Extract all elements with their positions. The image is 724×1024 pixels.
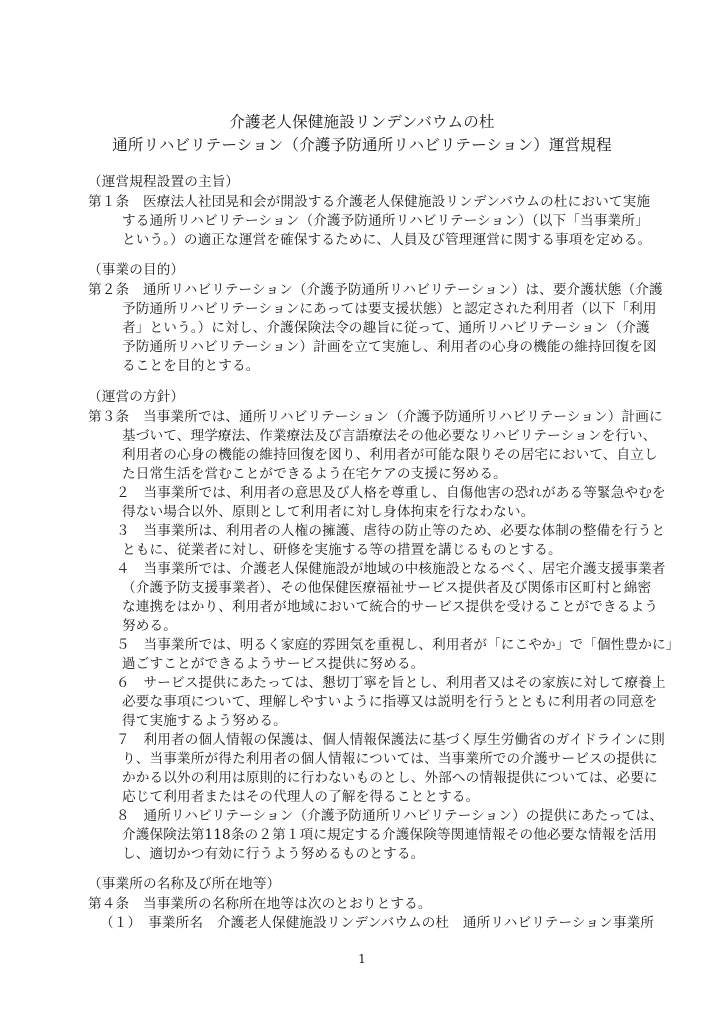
body-text-line: 利用者の心身の機能の維持回復を図り、利用者が可能な限りその居宅において、自立し [122, 446, 658, 465]
document-title-line2: 通所リハビリテーション（介護予防通所リハビリテーション）運営規程 [0, 133, 724, 155]
body-text-line: ３ 当事業所は、利用者の人権の擁護、虐待の防止等のため、必要な体制の整備を行うと [116, 522, 665, 541]
body-text-line: ２ 当事業所では、利用者の意思及び人格を尊重し、自傷他害の恐れがある等緊急やむを [116, 484, 666, 503]
body-text-line: ることを目的とする。 [122, 357, 259, 376]
article-heading: （運営の方針） [88, 388, 184, 407]
body-text-line: 介護保険法第118条の２第１項に規定する介護保険等関連情報その他必要な情報を活用 [122, 826, 657, 845]
body-text-line: かかる以外の利用は原則的に行わないものとし、外部への情報提供については、必要に [122, 769, 658, 788]
article-heading: （事業所の名称及び所在地等） [88, 875, 280, 894]
article-first-line: 第４条 当事業所の名称所在地等は次のとおりとする。 [88, 895, 432, 914]
body-text-line: 予防通所リハビリテーション）計画を立て実施し、利用者の心身の機能の維持回復を図 [122, 338, 657, 357]
body-text-line: 応じて利用者またはその代理人の了解を得ることとする。 [122, 788, 479, 807]
article-first-line: 第３条 当事業所では、通所リハビリテーション（介護予防通所リハビリテーション）計… [88, 408, 663, 427]
body-text-line: 予防通所リハビリテーションにあっては要支援状態）と認定された利用者（以下「利用 [122, 300, 657, 319]
body-text-line: ７ 利用者の個人情報の保護は、個人情報保護法に基づく厚生労働省のガイドラインに則 [116, 731, 665, 750]
body-text-line: 必要な事項について、理解しやすいように指導又は説明を行うとともに利用者の同意を [122, 693, 657, 712]
body-text-line: ともに、従業者に対し、研修を実施する等の措置を講じるものとする。 [122, 541, 562, 560]
body-text-line: ８ 通所リハビリテーション（介護予防通所リハビリテーション）の提供にあたっては、 [116, 807, 663, 826]
body-text-line: 得て実施するよう努める。 [122, 712, 287, 731]
body-text-line: 者」という。）に対し、介護保険法令の趣旨に従って、通所リハビリテーション（介護 [122, 319, 650, 338]
body-text-line: ５ 当事業所では、明るく家庭的雰囲気を重視し、利用者が「にこやか」で「個性豊かに… [116, 636, 680, 655]
page-number: 1 [0, 952, 724, 966]
body-text-line: 得ない場合以外、原則として利用者に対し身体拘束を行なわない。 [122, 503, 534, 522]
article-heading: （事業の目的） [88, 261, 184, 280]
document-page: 介護老人保健施設リンデンバウムの杜 通所リハビリテーション（介護予防通所リハビリ… [0, 0, 724, 1024]
body-text-line: 努める。 [122, 617, 177, 636]
document-title-line1: 介護老人保健施設リンデンバウムの杜 [0, 110, 724, 132]
body-text-line: 過ごすことができるようサービス提供に努める。 [122, 655, 424, 674]
body-text-line: ６ サービス提供にあたっては、懇切丁寧を旨とし、利用者又はその家族に対して療養上 [116, 674, 666, 693]
body-text-line: という。）の適正な運営を確保するために、人員及び管理運営に関する事項を定める。 [122, 231, 651, 250]
body-text-line: 基づいて、理学療法、作業療法及び言語療法その他必要なリハビリテーションを行い、 [122, 427, 657, 446]
body-text-line: な連携をはかり、利用者が地域において統合的サービス提供を受けることができるよう [122, 598, 658, 617]
body-text-line: ４ 当事業所では、介護老人保健施設が地域の中核施設となるべく、居宅介護支援事業者 [116, 560, 665, 579]
body-text-line: り、当事業所が得た利用者の個人情報については、当事業所での介護サービスの提供に [122, 750, 658, 769]
article-heading: （運営規程設置の主旨） [88, 173, 239, 192]
body-text-line: する通所リハビリテーション（介護予防通所リハビリテーション）（以下「当事業所」 [122, 212, 649, 231]
article-first-line: 第２条 通所リハビリテーション（介護予防通所リハビリテーション）は、要介護状態（… [88, 281, 663, 300]
body-text-line: し、適切かつ有効に行うよう努めるものとする。 [122, 845, 424, 864]
body-text-line: （介護予防支援事業者）、その他保健医療福祉サービス提供者及び関係市区町村と綿密 [122, 579, 651, 598]
article-first-line: 第１条 医療法人社団晃和会が開設する介護老人保健施設リンデンバウムの杜において実… [88, 193, 650, 212]
body-text-line: （１） 事業所名 介護老人保健施設リンデンバウムの杜 通所リハビリテーション事業… [100, 914, 654, 933]
body-text-line: た日常生活を営むことができるよう在宅ケアの支援に努める。 [122, 465, 507, 484]
